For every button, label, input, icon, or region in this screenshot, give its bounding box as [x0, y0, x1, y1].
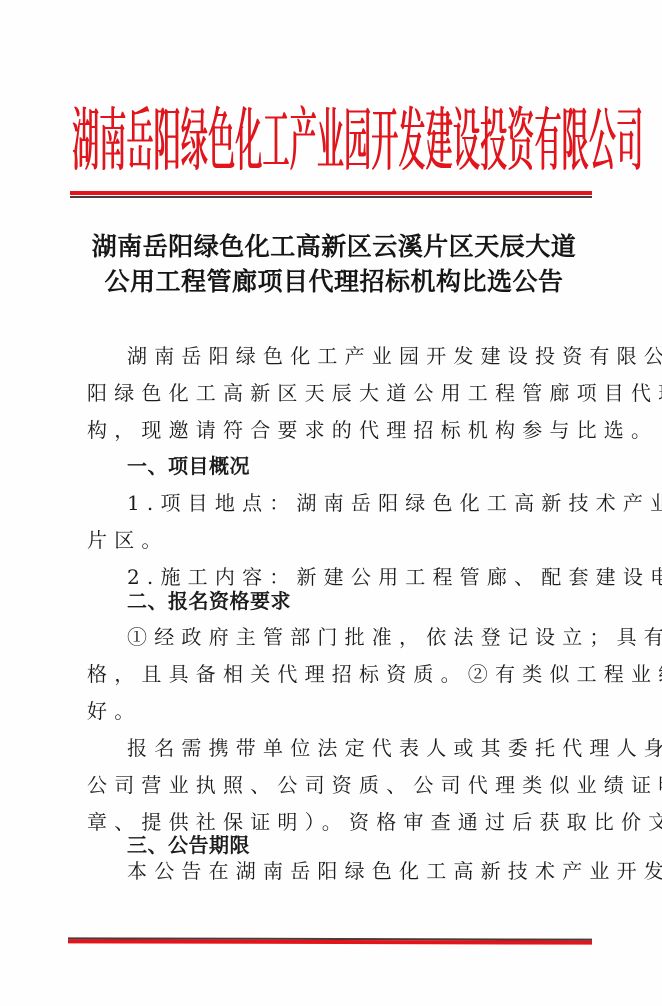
document-page: 湖南岳阳绿色化工产业园开发建设投资有限公司 湖南岳阳绿色化工高新区云溪片区天辰大…: [0, 0, 662, 1006]
requirement-line-2: 格，且具备相关代理招标资质。②有类似工程业绩。③信誉良: [87, 661, 662, 687]
notice-period-line-1: 本公告在湖南岳阳绿色化工高新技术产业开发区网站: [127, 858, 662, 884]
letterhead: 湖南岳阳绿色化工产业园开发建设投资有限公司: [72, 108, 590, 184]
company-name-header: 湖南岳阳绿色化工产业园开发建设投资有限公司: [72, 108, 643, 177]
notice-title-line-2: 公用工程管廊项目代理招标机构比选公告: [0, 267, 662, 297]
project-location-line-2: 片区。: [87, 527, 169, 553]
section-heading-eligibility: 二、报名资格要求: [127, 588, 291, 614]
letterhead-divider-rule: [70, 191, 592, 198]
documents-line-1: 报名需携带单位法定代表人或其委托代理人身份证原件、: [127, 735, 662, 761]
construction-content-line: 2.施工内容：新建公用工程管廊、配套建设电气等。: [127, 564, 662, 590]
notice-title-line-1: 湖南岳阳绿色化工高新区云溪片区天辰大道: [0, 232, 662, 262]
intro-line-2: 阳绿色化工高新区天辰大道公用工程管廊项目代理招标服务机: [87, 380, 662, 406]
section-heading-project-overview: 一、项目概况: [127, 453, 250, 479]
dark-rule-line: [70, 196, 592, 198]
section-heading-notice-period: 三、公告期限: [127, 832, 250, 858]
requirement-line-3: 好。: [87, 698, 141, 724]
project-location-line-1: 1.项目地点：湖南岳阳绿色化工高新技术产业开发区云溪: [127, 490, 662, 516]
intro-line-1: 湖南岳阳绿色化工产业园开发建设投资有限公司拟选取岳: [127, 343, 662, 369]
intro-line-3: 构，现邀请符合要求的代理招标机构参与比选。: [87, 417, 658, 443]
documents-line-2: 公司营业执照、公司资质、公司代理类似业绩证明（签字且盖: [87, 772, 662, 798]
red-rule-line: [70, 191, 592, 195]
red-rule-line: [68, 939, 592, 944]
footer-divider-rule: [68, 937, 592, 945]
requirement-line-1: ①经政府主管部门批准，依法登记设立；具有独立法人资: [127, 624, 662, 650]
